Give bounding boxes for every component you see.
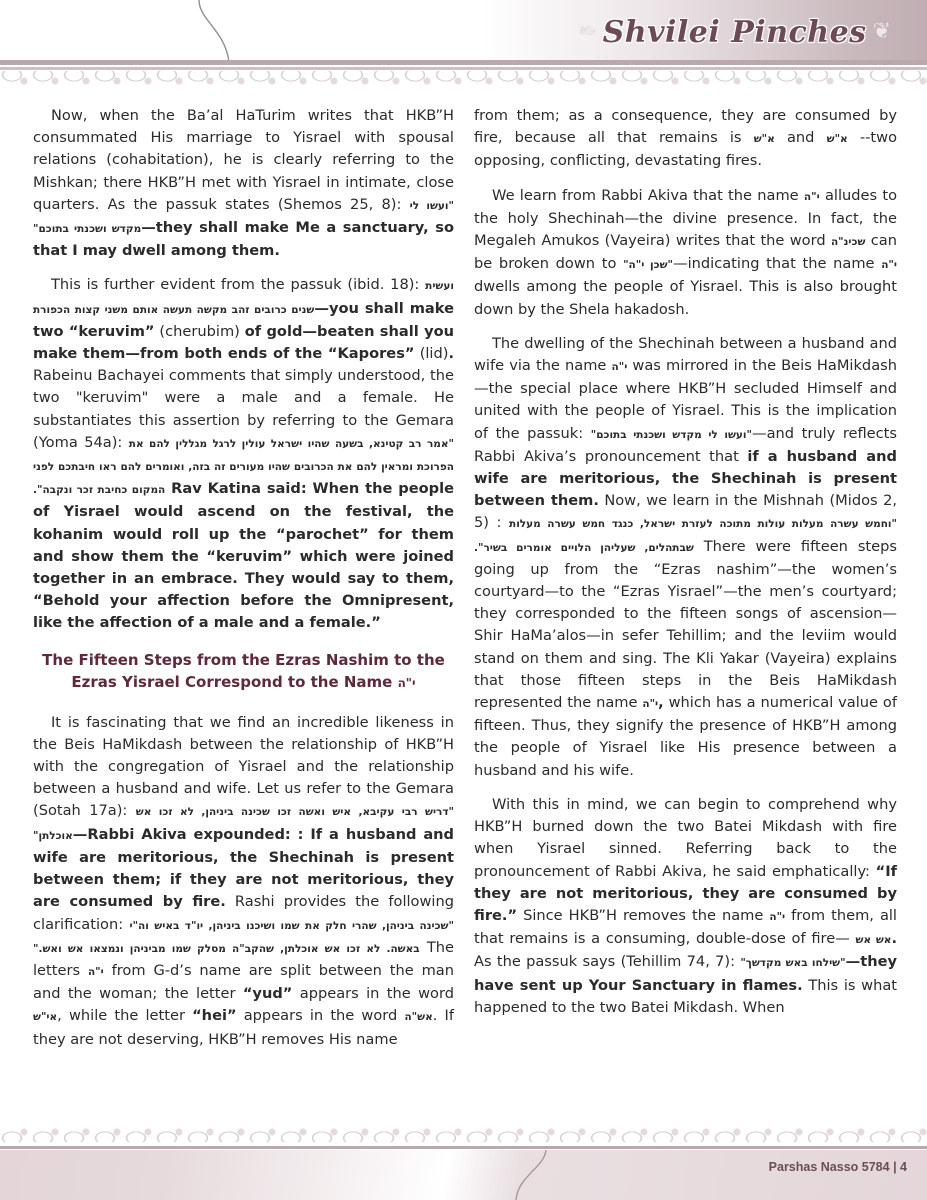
paragraph-shechinah-name: We learn from Rabbi Akiva that the name … (474, 185, 897, 321)
page-header: ❧ Shvilei Pinches ❦ (0, 0, 927, 64)
footer-rule (0, 1146, 927, 1149)
bold-punct: . (448, 345, 454, 362)
header-curve-decoration (195, 0, 235, 62)
text-run: dwells among the people of Yisrael. This… (474, 278, 897, 317)
bold-translation: Rav Katina said: When the people of Yisr… (33, 480, 454, 631)
paragraph-batei-mikdash: With this in mind, we can begin to compr… (474, 794, 897, 1019)
text-run: , while the letter (57, 1007, 192, 1024)
hebrew-word: י"ה (769, 911, 785, 923)
paragraph-likeness: It is fascinating that we find an incred… (33, 712, 454, 1051)
hebrew-word: י"ה (642, 698, 658, 710)
text-run: There were fifteen steps going up from t… (474, 538, 897, 711)
footer-curve-decoration (510, 1150, 550, 1200)
swirl-ornament-right-icon: ❦ (873, 21, 891, 43)
section-heading: The Fifteen Steps from the Ezras Nashim … (33, 649, 454, 694)
heading-hebrew: י"ה (398, 676, 416, 690)
publication-brand: ❧ Shvilei Pinches ❦ (578, 8, 891, 56)
hebrew-word: אש"ה (404, 1011, 432, 1023)
right-column: from them; as a consequence, they are co… (474, 105, 897, 1031)
swirl-ornament-left-icon: ❧ (578, 21, 596, 43)
hebrew-word: י"ה (88, 966, 104, 978)
header-rule-thin (0, 67, 927, 70)
bold-word: “hei” (192, 1007, 236, 1024)
heading-text: The Fifteen Steps from the Ezras Nashim … (42, 651, 445, 691)
text-run: This is further evident from the passuk … (51, 276, 425, 293)
text-run: —indicating that the name (673, 255, 881, 272)
text-run: appears in the word (237, 1007, 405, 1024)
hebrew-quote: "ועשו לי מקדש ושכנתי בתוכם" (591, 429, 752, 441)
text-run: and (775, 129, 827, 146)
text-run: It is fascinating that we find an incred… (33, 714, 454, 820)
text-run: appears in the word (292, 985, 454, 1002)
text-run: Since HKB”H removes the name (517, 907, 769, 924)
bold-punct: . (891, 930, 897, 947)
hebrew-word: י"ה (804, 191, 820, 203)
text-run: Now, when the Ba’al HaTurim writes that … (33, 107, 454, 213)
paragraph-mishkan: Now, when the Ba’al HaTurim writes that … (33, 105, 454, 262)
hebrew-word: א"ש (754, 133, 775, 145)
footer-page-info: Parshas Nasso 5784 | 4 (769, 1160, 907, 1174)
header-ornament-border (0, 71, 927, 91)
hebrew-word: י"ה (612, 361, 628, 373)
hebrew-word: א"ש (827, 133, 848, 145)
text-run: With this in mind, we can begin to compr… (474, 796, 897, 880)
hebrew-word: אי"ש (33, 1011, 57, 1023)
hebrew-quote: "שילחו באש מקדשך" (740, 957, 845, 969)
hebrew-word: אש אש (856, 934, 892, 946)
footer-separator: | (893, 1160, 897, 1174)
paragraph-dwelling: The dwelling of the Shechinah between a … (474, 333, 897, 782)
page-number: 4 (900, 1160, 907, 1174)
header-rule (0, 60, 927, 65)
page-footer: Parshas Nasso 5784 | 4 (0, 1150, 927, 1200)
text-run: We learn from Rabbi Akiva that the name (492, 187, 804, 204)
bold-word: “yud” (243, 985, 293, 1002)
publication-title: Shvilei Pinches (603, 15, 867, 50)
hebrew-word: שכינ"ה (831, 236, 865, 248)
text-run: As the passuk says (Tehillim 74, 7): (474, 953, 740, 970)
hebrew-word: "שכן י"ה" (623, 259, 673, 271)
left-column: Now, when the Ba’al HaTurim writes that … (33, 105, 454, 1063)
footer-ornament-border (0, 1122, 927, 1142)
paragraph-continuation: from them; as a consequence, they are co… (474, 105, 897, 173)
text-run: (lid) (414, 345, 448, 362)
parsha-label: Parshas Nasso 5784 (769, 1160, 890, 1174)
text-run: (cherubim) (155, 323, 245, 340)
hebrew-word: י"ה (881, 259, 897, 271)
paragraph-keruvim: This is further evident from the passuk … (33, 274, 454, 634)
